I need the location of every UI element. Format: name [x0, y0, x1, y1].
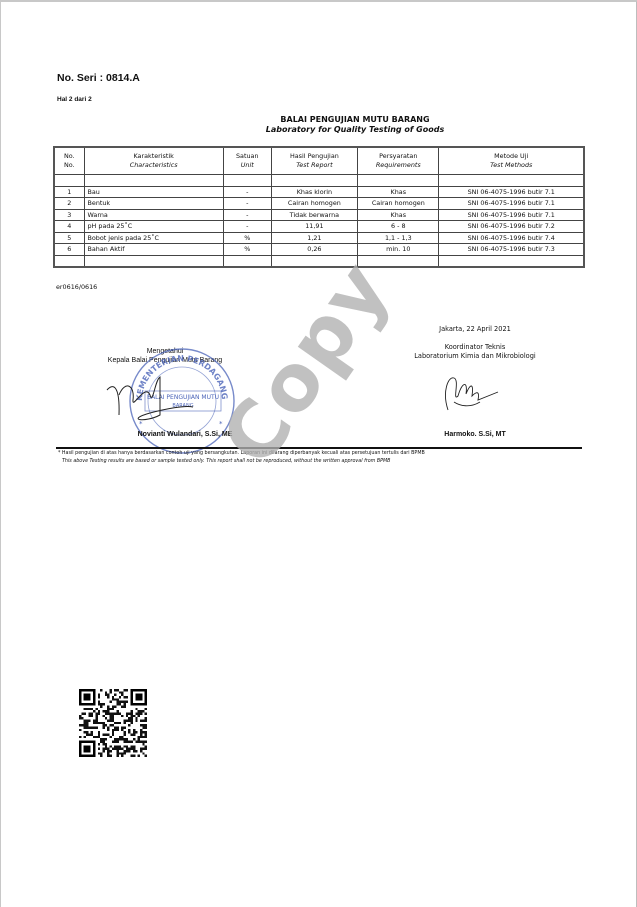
- cell-characteristic: Bau: [84, 186, 223, 198]
- cell-unit: -: [223, 186, 271, 198]
- left-signature-icon: [105, 375, 195, 425]
- cell-no: 2: [54, 198, 84, 210]
- org-subtitle: Laboratory for Quality Testing of Goods: [180, 125, 530, 134]
- cell-method: SNI 06-4075-1996 butir 7.2: [439, 221, 584, 233]
- cell-result: Cairan homogen: [271, 198, 357, 210]
- right-signature-icon: [440, 372, 500, 414]
- right-signatory-title: Koordinator Teknis Laboratorium Kimia da…: [380, 343, 570, 361]
- table-header-row: No.No. KarakteristikCharacteristics Satu…: [54, 147, 584, 175]
- cell-requirement: Khas: [358, 209, 439, 221]
- cell-no: 6: [54, 244, 84, 256]
- cell-unit: %: [223, 232, 271, 244]
- cell-requirement: min. 10: [358, 244, 439, 256]
- cell-no: 1: [54, 186, 84, 198]
- test-results-table: No.No. KarakteristikCharacteristics Satu…: [53, 146, 585, 268]
- disclaimer-english: This above Testing results are based or …: [62, 459, 390, 464]
- header-test-methods: Metode UjiTest Methods: [439, 147, 584, 175]
- org-title: BALAI PENGUJIAN MUTU BARANG: [180, 115, 530, 124]
- cell-result: Tidak berwarna: [271, 209, 357, 221]
- cell-method: SNI 06-4075-1996 butir 7.3: [439, 244, 584, 256]
- cell-characteristic: pH pada 25˚C: [84, 221, 223, 233]
- cell-unit: -: [223, 209, 271, 221]
- cell-characteristic: Bahan Aktif: [84, 244, 223, 256]
- cell-requirement: Cairan homogen: [358, 198, 439, 210]
- header-unit: SatuanUnit: [223, 147, 271, 175]
- cell-requirement: 6 - 8: [358, 221, 439, 233]
- cell-result: 1,21: [271, 232, 357, 244]
- right-signatory-name: Harmoko. S.Si, MT: [385, 431, 565, 438]
- spacer-row: [54, 175, 584, 187]
- cell-method: SNI 06-4075-1996 butir 7.1: [439, 209, 584, 221]
- divider-line: [56, 447, 582, 449]
- table-row: 6Bahan Aktif%0,26min. 10SNI 06-4075-1996…: [54, 244, 584, 256]
- serial-number: No. Seri : 0814.A: [57, 72, 140, 84]
- cell-unit: -: [223, 198, 271, 210]
- cell-requirement: 1,1 - 1,3: [358, 232, 439, 244]
- cell-characteristic: Bentuk: [84, 198, 223, 210]
- cell-characteristic: Warna: [84, 209, 223, 221]
- cell-unit: -: [223, 221, 271, 233]
- document-code: er0616/0616: [56, 283, 97, 291]
- header-test-report: Hasil PengujianTest Report: [271, 147, 357, 175]
- cell-no: 3: [54, 209, 84, 221]
- table-row: 2Bentuk-Cairan homogenCairan homogenSNI …: [54, 198, 584, 210]
- cell-no: 4: [54, 221, 84, 233]
- cell-unit: %: [223, 244, 271, 256]
- header-requirements: PersyaratanRequirements: [358, 147, 439, 175]
- cell-method: SNI 06-4075-1996 butir 7.1: [439, 198, 584, 210]
- table-row: 3Warna-Tidak berwarnaKhasSNI 06-4075-199…: [54, 209, 584, 221]
- cell-result: Khas klorin: [271, 186, 357, 198]
- issue-date: Jakarta, 22 April 2021: [400, 325, 550, 333]
- table-row: 5Bobot jenis pada 25˚C%1,211,1 - 1,3SNI …: [54, 232, 584, 244]
- header-no: No.No.: [54, 147, 84, 175]
- header-characteristics: KarakteristikCharacteristics: [84, 147, 223, 175]
- table-row: 1Bau-Khas klorinKhasSNI 06-4075-1996 but…: [54, 186, 584, 198]
- page-number: Hal 2 dari 2: [57, 96, 92, 103]
- cell-requirement: Khas: [358, 186, 439, 198]
- cell-result: 11,91: [271, 221, 357, 233]
- table-row: 4pH pada 25˚C-11,916 - 8SNI 06-4075-1996…: [54, 221, 584, 233]
- cell-method: SNI 06-4075-1996 butir 7.1: [439, 186, 584, 198]
- cell-no: 5: [54, 232, 84, 244]
- qr-code-icon: [79, 689, 147, 757]
- cell-method: SNI 06-4075-1996 butir 7.4: [439, 232, 584, 244]
- cell-characteristic: Bobot jenis pada 25˚C: [84, 232, 223, 244]
